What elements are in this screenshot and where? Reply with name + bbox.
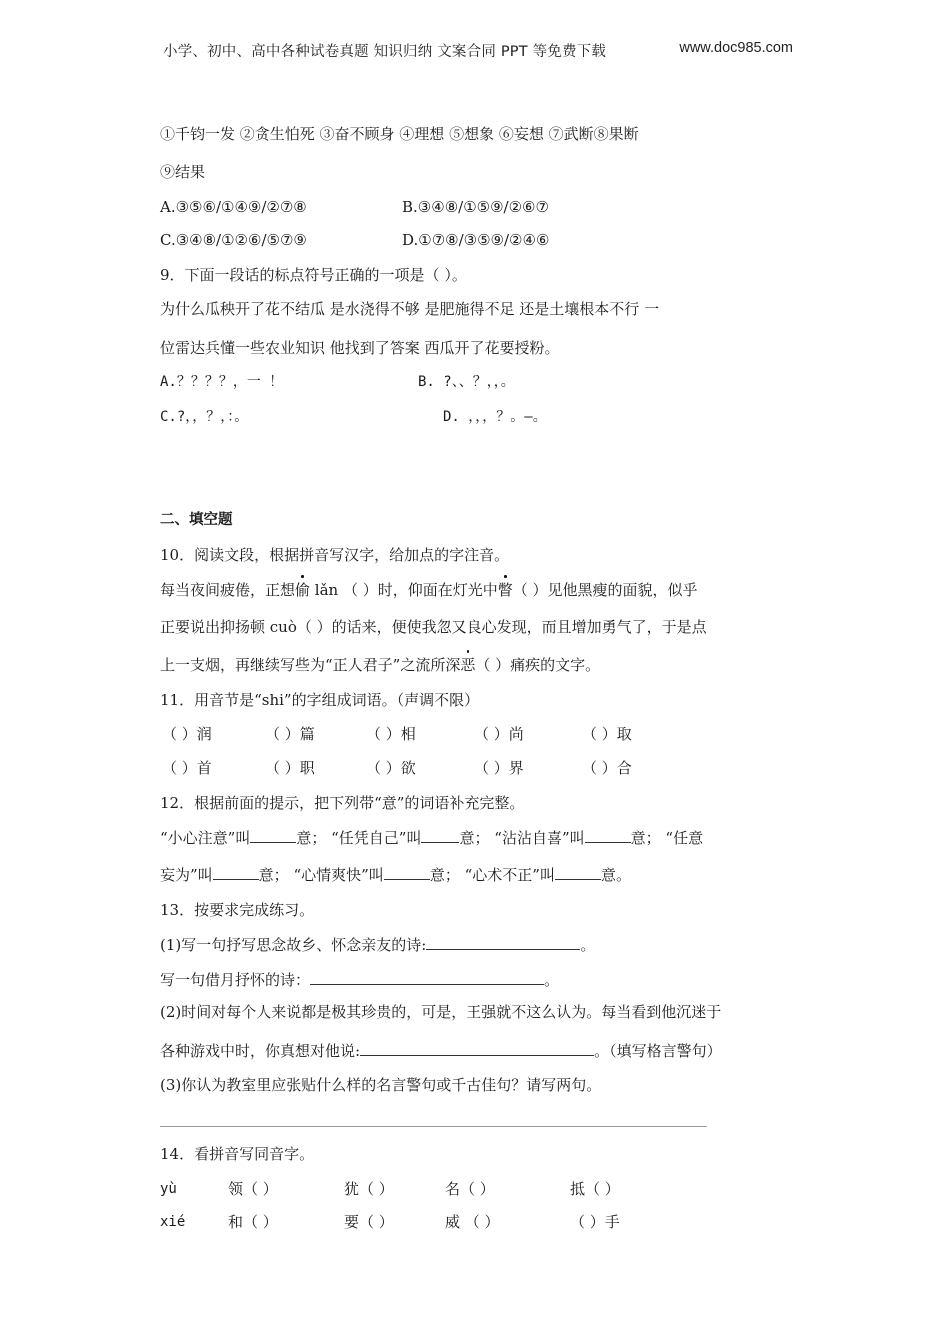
q11-item: （ ）尚	[474, 724, 524, 744]
q12-stem: 12．根据前面的提示，把下列带“意”的词语补充完整。	[160, 793, 524, 813]
text: 意；	[296, 829, 326, 847]
text: （ ）见他黑瘦的面貌，似乎	[513, 581, 698, 599]
text: 上一支烟，再继续写些为“正人君子”之流所深	[160, 656, 460, 674]
q11-item: （ ）职	[265, 758, 315, 778]
option-label: C.	[160, 231, 176, 249]
text: “任凭自己”叫	[331, 829, 421, 847]
header-slogan: 小学、初中、高中各种试卷真题 知识归纳 文案合同 PPT 等免费下载	[163, 40, 606, 61]
document-page: 小学、初中、高中各种试卷真题 知识归纳 文案合同 PPT 等免费下载 www.d…	[0, 0, 950, 1344]
option-value: ③⑤⑥/①④⑨/②⑦⑧	[176, 198, 307, 216]
answer-blank[interactable]	[213, 864, 259, 880]
q13-part2-line2: 各种游戏中时，你真想对他说:。（填写格言警句）	[160, 1040, 722, 1061]
q9-passage-line2: 位雷达兵懂一些农业知识 他找到了答案 西瓜开了花要授粉。	[160, 338, 560, 358]
answer-blank[interactable]	[585, 827, 631, 843]
dotted-char: 瞥	[498, 580, 513, 600]
page-header: 小学、初中、高中各种试卷真题 知识归纳 文案合同 PPT 等免费下载 www.d…	[163, 40, 793, 62]
option-label: B.	[402, 198, 418, 216]
text: 妄为”叫	[160, 866, 213, 884]
option-label: D.	[402, 231, 418, 249]
option-value: ，，，？。—。	[460, 409, 547, 425]
option-value: ①⑦⑧/③⑤⑨/②④⑥	[418, 231, 549, 249]
text: 意；	[631, 829, 661, 847]
header-url: www.doc985.com	[679, 40, 793, 56]
text: “沾沾自喜”叫	[494, 829, 584, 847]
answer-blank[interactable]	[426, 934, 580, 950]
answer-blank[interactable]	[360, 1040, 594, 1056]
text: “任意	[665, 829, 703, 847]
text: 写一句借月抒怀的诗：	[160, 971, 310, 989]
dotted-char: 偷	[295, 580, 310, 600]
q14-pinyin: xié	[160, 1212, 185, 1232]
text: 意。	[601, 866, 631, 884]
answer-blank[interactable]	[310, 969, 544, 985]
q13-part2-line1: (2)时间对每个人来说都是极其珍贵的，可是，王强就不这么认为。每当看到他沉迷于	[160, 1002, 721, 1022]
option-label: A.	[160, 198, 176, 216]
q9-option-a: A.？？？？，一 ！	[160, 372, 283, 392]
text: lǎn （ ）时，仰面在灯光中	[310, 581, 498, 599]
section-title: 二、填空题	[160, 510, 233, 530]
option-label: D.	[443, 409, 460, 425]
text: “小心注意”叫	[160, 829, 250, 847]
answer-blank[interactable]	[421, 827, 459, 843]
text: 。	[544, 971, 559, 989]
q13-part1a: (1)写一句抒写思念故乡、怀念亲友的诗:。	[160, 934, 595, 955]
text: （ ）痛疾的文字。	[475, 656, 600, 674]
q8-option-b: B.③④⑧/①⑤⑨/②⑥⑦	[402, 197, 549, 217]
text: “心情爽快”叫	[293, 866, 383, 884]
answer-blank[interactable]	[250, 827, 296, 843]
q10-line3: 上一支烟，再继续写些为“正人君子”之流所深恶（ ）痛疾的文字。	[160, 655, 600, 675]
q11-item: （ ）相	[366, 724, 416, 744]
q14-item: 名（ ）	[445, 1179, 495, 1199]
q8-option-d: D.①⑦⑧/③⑤⑨/②④⑥	[402, 230, 549, 250]
q12-line2: 妄为”叫意； “心情爽快”叫意； “心术不正”叫意。	[160, 864, 631, 885]
q9-option-b: B. ?、、？，，。	[418, 372, 515, 392]
q10-line2: 正要说出抑扬顿 cuò（ ）的话来，便使我忽又良心发现，而且增加勇气了，于是点	[160, 617, 707, 637]
option-value: ?、、？，，。	[435, 374, 515, 390]
q9-stem: 9．下面一段话的标点符号正确的一项是（ ）。	[160, 265, 467, 285]
q14-item: （ ）手	[570, 1212, 620, 1232]
q13-part3: (3)你认为教室里应张贴什么样的名言警句或千古佳句？请写两句。	[160, 1075, 601, 1095]
text: 。	[580, 936, 595, 954]
q11-item: （ ）取	[582, 724, 632, 744]
q10-line1: 每当夜间疲倦，正想偷 lǎn （ ）时，仰面在灯光中瞥（ ）见他黑瘦的面貌，似乎	[160, 580, 698, 600]
answer-blank[interactable]	[384, 864, 430, 880]
q11-item: （ ）润	[162, 724, 212, 744]
q14-item: 威 （ ）	[445, 1212, 500, 1232]
text: 意；	[430, 866, 460, 884]
text: “心术不正”叫	[465, 866, 555, 884]
option-label: C.	[160, 409, 177, 425]
option-label: B.	[418, 374, 435, 390]
answer-line[interactable]	[160, 1126, 707, 1127]
q8-option-a: A.③⑤⑥/①④⑨/②⑦⑧	[160, 197, 307, 217]
text: 意；	[259, 866, 289, 884]
q9-option-d: D. ，，，？。—。	[443, 407, 547, 427]
q11-item: （ ）首	[162, 758, 212, 778]
q14-pinyin: yù	[160, 1179, 177, 1199]
q8-words-line1: ①千钧一发 ②贪生怕死 ③奋不顾身 ④理想 ⑤想象 ⑥妄想 ⑦武断⑧果断	[160, 124, 639, 144]
q11-item: （ ）合	[582, 758, 632, 778]
q14-item: 犹（ ）	[344, 1179, 394, 1199]
q11-item: （ ）界	[474, 758, 524, 778]
option-label: A.	[160, 374, 177, 390]
q14-item: 和（ ）	[228, 1212, 278, 1232]
text: 各种游戏中时，你真想对他说:	[160, 1042, 360, 1060]
dotted-char: 恶	[460, 655, 475, 675]
option-value: ③④⑧/①②⑥/⑤⑦⑨	[176, 231, 307, 249]
q9-passage-line1: 为什么瓜秧开了花不结瓜 是水浇得不够 是肥施得不足 还是土壤根本不行 一	[160, 299, 659, 319]
q9-option-c: C.?，，？，：。	[160, 407, 248, 427]
option-value: ?，，？，：。	[177, 409, 248, 425]
option-value: ③④⑧/①⑤⑨/②⑥⑦	[418, 198, 549, 216]
q11-item: （ ）欲	[366, 758, 416, 778]
answer-blank[interactable]	[555, 864, 601, 880]
text: 。（填写格言警句）	[594, 1042, 722, 1060]
q10-stem: 10．阅读文段，根据拼音写汉字，给加点的字注音。	[160, 545, 509, 565]
q11-stem: 11．用音节是“shi”的字组成词语。（声调不限）	[160, 690, 479, 710]
option-value: ？？？？，一 ！	[177, 374, 283, 390]
text: 意；	[459, 829, 489, 847]
q14-item: 抵（ ）	[570, 1179, 620, 1199]
q13-stem: 13．按要求完成练习。	[160, 900, 314, 920]
q13-part1b: 写一句借月抒怀的诗：。	[160, 969, 559, 990]
text: 每当夜间疲倦，正想	[160, 581, 295, 599]
q14-stem: 14．看拼音写同音字。	[160, 1144, 314, 1164]
q14-item: 要（ ）	[344, 1212, 394, 1232]
q8-option-c: C.③④⑧/①②⑥/⑤⑦⑨	[160, 230, 307, 250]
q11-item: （ ）篇	[265, 724, 315, 744]
q12-line1: “小心注意”叫意； “任凭自己”叫意； “沾沾自喜”叫意； “任意	[160, 827, 703, 848]
q8-words-line2: ⑨结果	[160, 162, 205, 182]
q14-item: 领（ ）	[228, 1179, 278, 1199]
text: (1)写一句抒写思念故乡、怀念亲友的诗:	[160, 936, 426, 954]
